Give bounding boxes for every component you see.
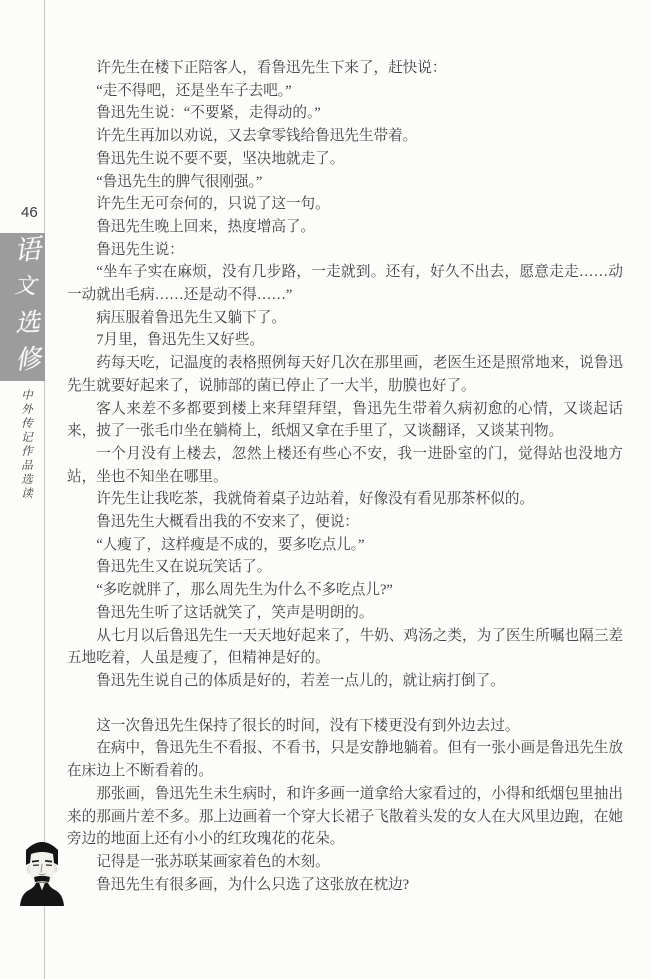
paragraph: 鲁迅先生说不要不要，坚决地就走了。 [67, 148, 623, 171]
series-title-char-2: 文 [14, 276, 37, 299]
paragraph: 鲁迅先生听了这话就笑了，笑声是明朗的。 [67, 602, 623, 625]
sidebar-divider-line [44, 0, 45, 979]
paragraph: 病压服着鲁迅先生又躺下了。 [67, 307, 623, 330]
paragraph: “走不得吧，还是坐车子去吧。” [67, 80, 623, 103]
paragraph: 鲁迅先生说自己的体质是好的，若差一点儿的，就让病打倒了。 [67, 670, 623, 693]
series-subtitle: 中外传记作品选读 [18, 389, 34, 501]
text-section-1: 许先生在楼下正陪客人，看鲁迅先生下来了，赶快说： “走不得吧，还是坐车子去吧。”… [67, 57, 623, 693]
paragraph: “坐车子实在麻烦，没有几步路，一走就到。还有，好久不出去，愿意走走……动一动就出… [67, 261, 623, 306]
paragraph: 记得是一张苏联某画家着色的木刻。 [67, 851, 623, 874]
paragraph: 那张画，鲁迅先生未生病时，和许多画一道拿给大家看过的，小得和纸烟包里抽出来的那画… [67, 783, 623, 851]
paragraph: 鲁迅先生晚上回来，热度增高了。 [67, 216, 623, 239]
paragraph: 7月里，鲁迅先生又好些。 [67, 329, 623, 352]
paragraph: “人瘦了，这样瘦是不成的，要多吃点儿。” [67, 534, 623, 557]
paragraph: 鲁迅先生有很多画，为什么只选了这张放在枕边? [67, 874, 623, 897]
book-page: 46 语 文 选 修 中外传记作品选读 [0, 0, 650, 979]
page-number: 46 [21, 204, 38, 221]
paragraph: 这一次鲁迅先生保持了很长的时间，没有下楼更没有到外边去过。 [67, 715, 623, 738]
series-title-char-4: 修 [14, 346, 42, 374]
series-title-char-1: 语 [13, 236, 43, 266]
paragraph: 许先生再加以劝说，又去拿零钱给鲁迅先生带着。 [67, 125, 623, 148]
paragraph: 许先生无可奈何的，只说了这一句。 [67, 193, 623, 216]
paragraph: 鲁迅先生说：“不要紧，走得动的。” [67, 102, 623, 125]
paragraph: 从七月以后鲁迅先生一天天地好起来了，牛奶、鸡汤之类，为了医生所嘱也隔三差五地吃着… [67, 625, 623, 670]
body-text: 许先生在楼下正陪客人，看鲁迅先生下来了，赶快说： “走不得吧，还是坐车子去吧。”… [67, 57, 623, 896]
paragraph: 客人来差不多都要到楼上来拜望拜望，鲁迅先生带着久病初愈的心情，又谈起话来，披了一… [67, 398, 623, 443]
paragraph: 药每天吃，记温度的表格照例每天好几次在那里画，老医生还是照常地来，说鲁迅先生就要… [67, 352, 623, 397]
series-title-box: 语 文 选 修 [0, 233, 45, 381]
luxun-portrait [16, 838, 68, 906]
series-title-char-3: 选 [14, 309, 40, 335]
paragraph: 许先生让我吃茶，我就倚着桌子边站着，好像没有看见那茶杯似的。 [67, 488, 623, 511]
paragraph: 鲁迅先生大概看出我的不安来了，便说： [67, 511, 623, 534]
paragraph: 许先生在楼下正陪客人，看鲁迅先生下来了，赶快说： [67, 57, 623, 80]
luxun-portrait-image [16, 838, 68, 906]
paragraph: 一个月没有上楼去，忽然上楼还有些心不安，我一进卧室的门，觉得站也没地方站，坐也不… [67, 443, 623, 488]
text-section-2: 这一次鲁迅先生保持了很长的时间，没有下楼更没有到外边去过。 在病中，鲁迅先生不看… [67, 715, 623, 897]
paragraph: 在病中，鲁迅先生不看报、不看书，只是安静地躺着。但有一张小画是鲁迅先生放在床边上… [67, 737, 623, 782]
paragraph: “鲁迅先生的脾气很刚强。” [67, 171, 623, 194]
paragraph: “多吃就胖了，那么周先生为什么不多吃点儿?” [67, 579, 623, 602]
paragraph: 鲁迅先生又在说玩笑话了。 [67, 556, 623, 579]
paragraph: 鲁迅先生说： [67, 239, 623, 262]
